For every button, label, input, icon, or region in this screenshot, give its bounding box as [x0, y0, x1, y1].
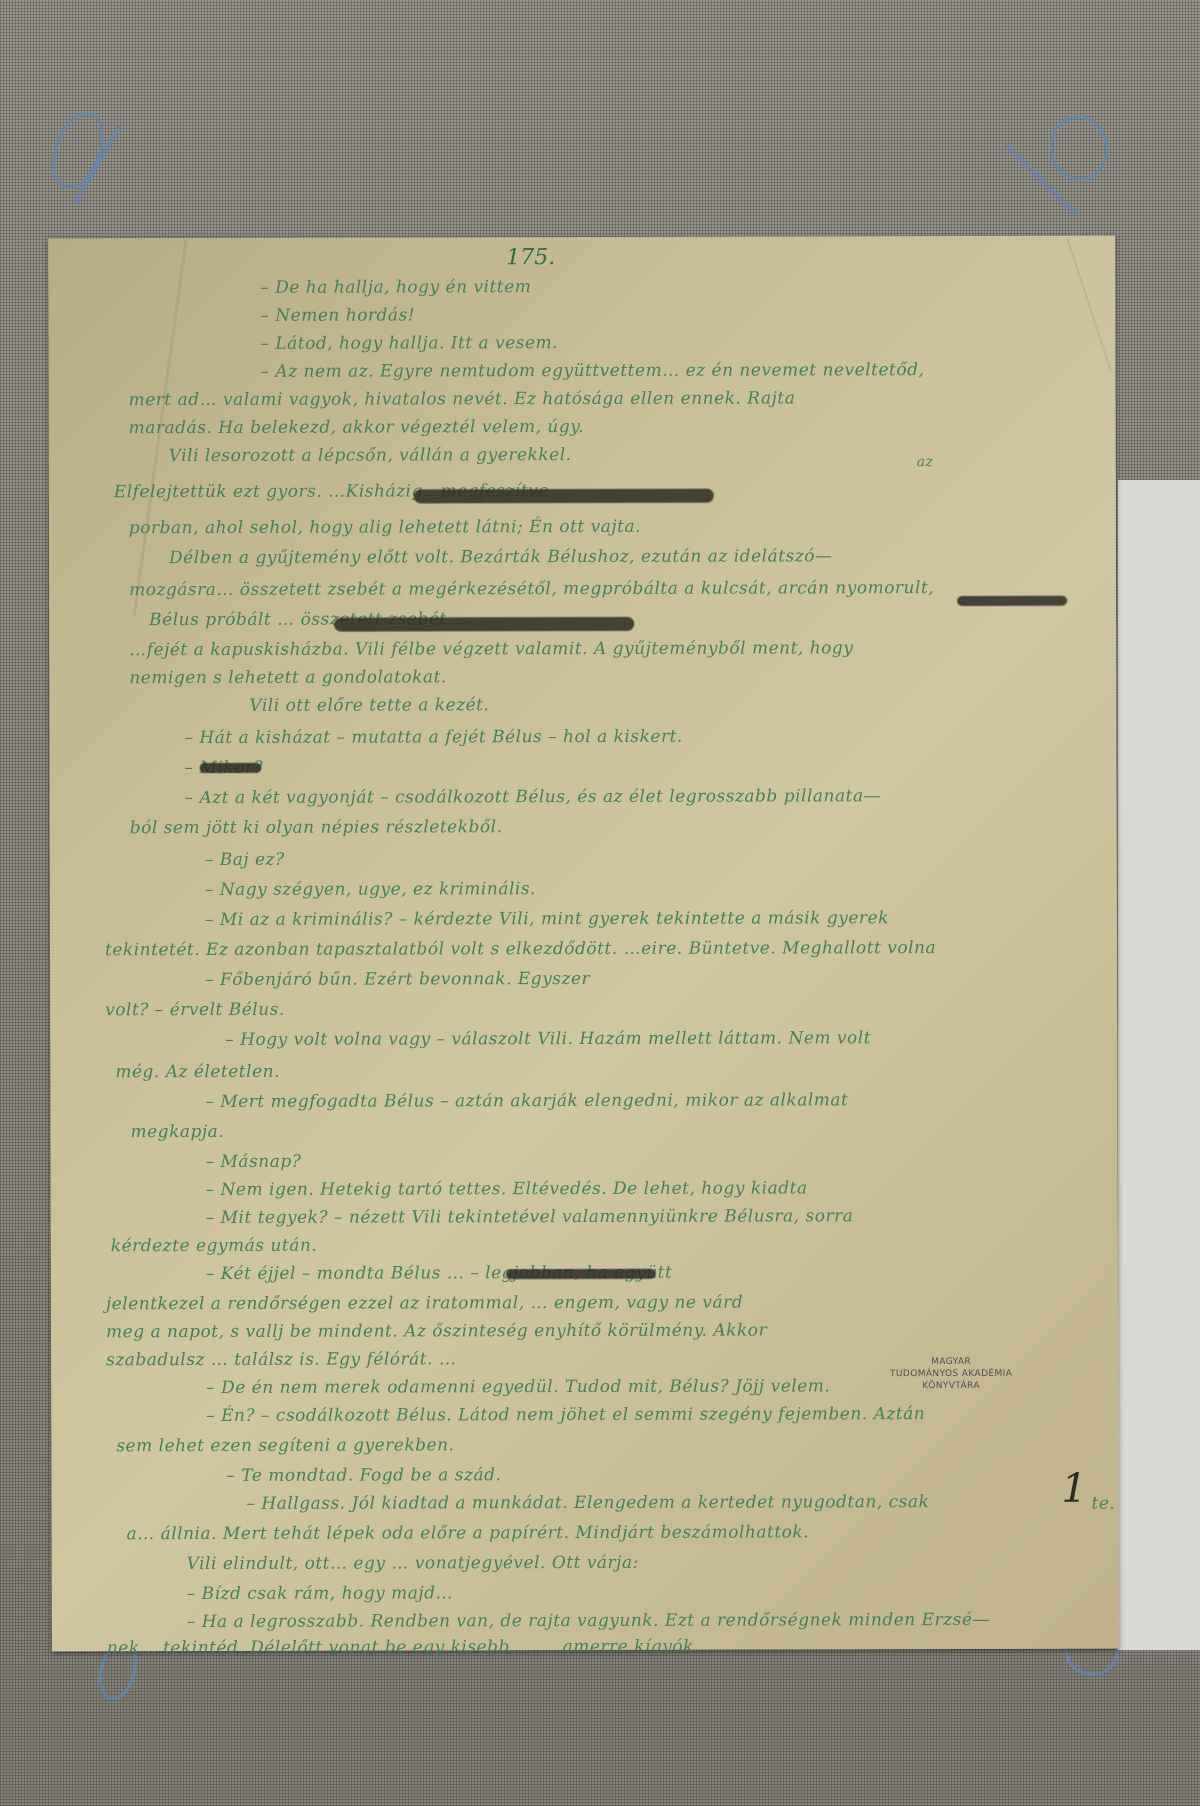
text-line: – Én? – csodálkozott Bélus. Látod nem jö… [206, 1404, 925, 1426]
text-line: – Hogy volt volna vagy – válaszolt Vili.… [225, 1028, 871, 1050]
marginal-suffix: te. [1091, 1494, 1115, 1514]
text-line: – Hallgass. Jól kiadtad a munkádat. Elen… [246, 1492, 929, 1514]
text-line: Délben a gyűjtemény előtt volt. Bezárták… [169, 546, 833, 568]
text-line: – Nemen hordás! [260, 305, 415, 325]
text-line: – Az nem az. Egyre nemtudom együttvettem… [260, 360, 924, 382]
text-line: – Nagy szégyen, ugye, ez kriminális. [205, 879, 536, 900]
text-line: – De ha hallja, hogy én vittem [260, 277, 531, 298]
text-line: meg a napot, s vallj be mindent. Az őszi… [106, 1321, 767, 1343]
text-line: – Baj ez? [205, 850, 285, 870]
text-line: nek… tekintéd. Délelőtt vonat be egy kis… [107, 1637, 694, 1659]
text-line: – Látod, hogy hallja. Itt a vesem. [260, 333, 558, 354]
text-line: maradás. Ha belekezd, akkor végeztél vel… [129, 417, 584, 438]
text-line: – Hát a kisházat – mutatta a fejét Bélus… [184, 727, 682, 748]
text-line: – De én nem merek odamenni egyedül. Tudo… [206, 1376, 830, 1398]
text-line: ból sem jött ki olyan népies részletekbő… [130, 817, 503, 838]
crossed-out-text [334, 617, 634, 632]
manuscript-page: 175. – De ha hallja, hogy én vittem – Ne… [48, 236, 1119, 1652]
interlinear-insert: az [917, 454, 934, 470]
text-line: volt? – érvelt Bélus. [105, 1000, 285, 1020]
library-stamp: MAGYAR TUDOMÁNYOS AKADÉMIA KÖNYVTÁRA [876, 1356, 1026, 1392]
text-line: – Másnap? [206, 1152, 302, 1172]
text-line: mozgásra… összetett zsebét a megérkezésé… [129, 578, 934, 600]
stamp-line-3: KÖNYVTÁRA [876, 1380, 1026, 1392]
crossed-out-text [414, 489, 714, 504]
text-line: – Mi az a kriminális? – kérdezte Vili, m… [205, 908, 889, 930]
handwritten-text: – De ha hallja, hogy én vittem – Nemen h… [48, 236, 1119, 1652]
text-line: – Azt a két vagyonját – csodálkozott Bél… [185, 786, 882, 808]
text-line: megkapja. [130, 1122, 224, 1142]
text-line: mert ad… valami vagyok, hivatalos nevét.… [129, 388, 796, 410]
blue-pencil-mark-top-right [1045, 110, 1114, 185]
text-line: – Bízd csak rám, hogy majd… [187, 1583, 453, 1604]
text-line: – Te mondtad. Fogd be a szád. [226, 1465, 501, 1486]
text-line: – Nem igen. Hetekig tartó tettes. Eltéve… [206, 1178, 808, 1200]
text-line: – Mit tegyek? – nézett Vili tekintetével… [206, 1206, 854, 1228]
backing-strip [1118, 480, 1200, 1650]
marginal-number: 1 [1061, 1466, 1087, 1512]
crossed-out-text [506, 1269, 656, 1279]
text-line: …fejét a kapuskisházba. Vili félbe végze… [129, 638, 853, 660]
text-line: még. Az életetlen. [115, 1062, 280, 1082]
text-line: – Ha a legrosszabb. Rendben van, de rajt… [187, 1610, 990, 1632]
text-line: szabadulsz … találsz is. Egy félórát. … [106, 1349, 456, 1370]
text-line: tekintetét. Ez azonban tapasztalatból vo… [105, 938, 936, 960]
crossed-out-text [200, 763, 262, 773]
crossed-out-text [957, 596, 1067, 606]
text-line: Vili ott előre tette a kezét. [249, 695, 489, 716]
text-line: nemigen s lehetett a gondolatokat. [129, 667, 447, 688]
text-line: jelentkezel a rendőrségen ezzel az irato… [106, 1293, 743, 1315]
text-line: kérdezte egymás után. [111, 1236, 317, 1257]
text-line: Vili elindult, ott… egy … vonatjegyével.… [187, 1553, 639, 1574]
text-line: a… állnia. Mert tehát lépek oda előre a … [127, 1522, 810, 1544]
text-line: porban, ahol sehol, hogy alig lehetett l… [129, 517, 641, 538]
text-line: sem lehet ezen segíteni a gyerekben. [116, 1435, 454, 1456]
stamp-line-2: TUDOMÁNYOS AKADÉMIA [876, 1368, 1026, 1380]
stamp-line-1: MAGYAR [876, 1356, 1026, 1368]
text-line: – Főbenjáró bűn. Ezért bevonnak. Egyszer [205, 969, 590, 990]
text-line: Vili lesorozott a lépcsőn, vállán a gyer… [169, 445, 572, 466]
text-line: – Mert megfogadta Bélus – aztán akarják … [205, 1090, 848, 1112]
